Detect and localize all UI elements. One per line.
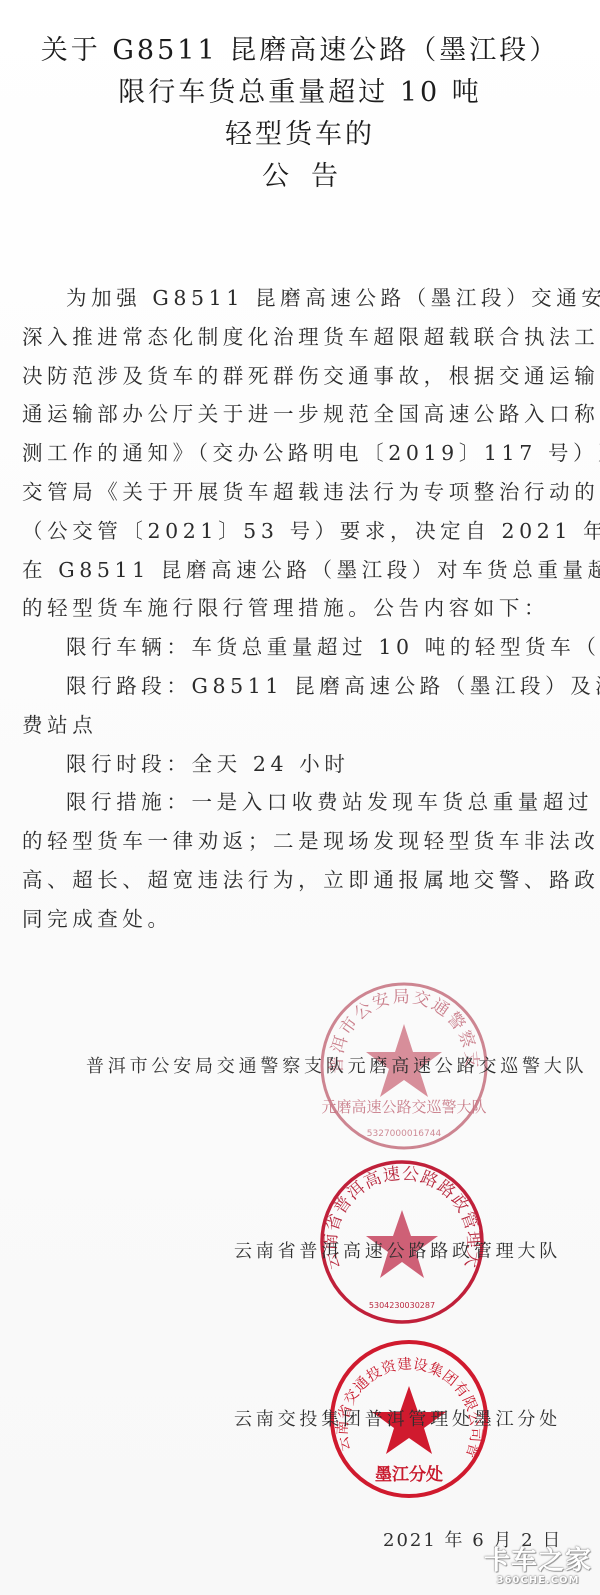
announcement-body: 为加强 G8511 昆磨高速公路（墨江段）交通安全管理， 深入推进常态化制度化治… bbox=[22, 279, 578, 939]
brand-watermark: 卡车之家 360CHE.COM bbox=[484, 1547, 592, 1587]
body-line: 深入推进常态化制度化治理货车超限超载联合执法工作，坚 bbox=[22, 318, 578, 357]
title-line-2: 限行车货总重量超过 10 吨 bbox=[0, 72, 600, 114]
body-line: （公交管〔2021〕53 号）要求，决定自 2021 年 6 月 5 日起， bbox=[22, 512, 578, 551]
body-line: 高、超长、超宽违法行为，立即通报属地交警、路政协助共 bbox=[22, 861, 578, 900]
svg-text:墨江分处: 墨江分处 bbox=[375, 1464, 443, 1485]
svg-text:5327000016744: 5327000016744 bbox=[367, 1129, 442, 1139]
body-line: 为加强 G8511 昆磨高速公路（墨江段）交通安全管理， bbox=[22, 279, 578, 318]
svg-text:元磨高速公路交巡警大队: 元磨高速公路交巡警大队 bbox=[321, 1098, 486, 1116]
title-line-3: 轻型货车的 bbox=[0, 114, 600, 156]
body-line: 测工作的通知》（交办公路明电〔2019〕117 号）及公安部 bbox=[22, 434, 578, 473]
body-line: 的轻型货车一律劝返；二是现场发现轻型货车非法改装、超 bbox=[22, 822, 578, 861]
body-line: 决防范涉及货车的群死群伤交通事故，根据交通运输部《交 bbox=[22, 357, 578, 396]
restriction-measures: 限行措施：一是入口收费站发现车货总重量超过 10 吨 bbox=[22, 783, 578, 822]
body-line: 交管局《关于开展货车超载违法行为专项整治行动的通知》 bbox=[22, 473, 578, 512]
signature-ycig-branch: 云南交投集团普洱管理处墨江分处 bbox=[234, 1405, 561, 1431]
svg-text:5304230030287: 5304230030287 bbox=[369, 1301, 435, 1310]
watermark-brand-en: 360CHE.COM bbox=[484, 1575, 592, 1587]
body-line: 在 G8511 昆磨高速公路（墨江段）对车货总重量超过 10 吨 bbox=[22, 551, 578, 590]
signature-traffic-police: 普洱市公安局交通警察支队元磨高速公路交巡警大队 bbox=[86, 1052, 587, 1078]
body-line: 通运输部办公厅关于进一步规范全国高速公路入口称重检 bbox=[22, 395, 578, 434]
document-page: 关于 G8511 昆磨高速公路（墨江段） 限行车货总重量超过 10 吨 轻型货车… bbox=[0, 0, 600, 1595]
restricted-section: 限行路段：G8511 昆磨高速公路（墨江段）及沿途各收 bbox=[22, 667, 578, 706]
body-line: 同完成查处。 bbox=[22, 900, 578, 939]
title-line-4: 公告 bbox=[0, 156, 600, 198]
watermark-brand-cn: 卡车之家 bbox=[484, 1547, 592, 1575]
restricted-vehicles: 限行车辆：车货总重量超过 10 吨的轻型货车（蓝牌） bbox=[22, 628, 578, 667]
announcement-title: 关于 G8511 昆磨高速公路（墨江段） 限行车货总重量超过 10 吨 轻型货车… bbox=[0, 30, 600, 198]
title-line-1: 关于 G8511 昆磨高速公路（墨江段） bbox=[0, 30, 600, 72]
body-line: 的轻型货车施行限行管理措施。公告内容如下： bbox=[22, 589, 578, 628]
body-line: 费站点 bbox=[22, 706, 578, 745]
signature-road-administration: 云南省普洱高速公路路政管理大队 bbox=[234, 1237, 561, 1263]
restricted-time: 限行时段：全天 24 小时 bbox=[22, 745, 578, 784]
